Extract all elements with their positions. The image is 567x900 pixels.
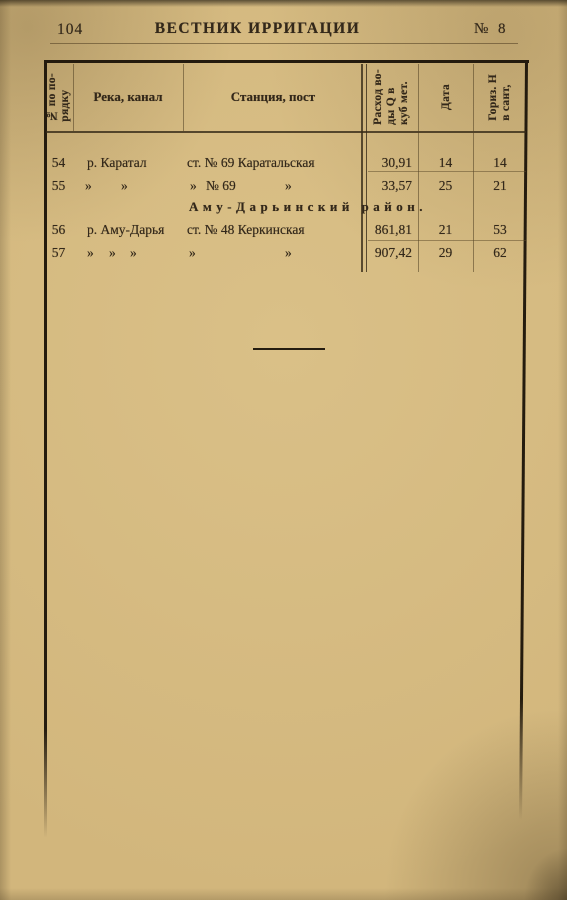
level-value: 14 (473, 155, 527, 170)
column-header-level-line2: в сант, (500, 74, 513, 121)
ditto-mark: » (109, 245, 116, 260)
level-value: 21 (473, 178, 527, 193)
ditto-mark: » (121, 178, 128, 193)
date-value: 21 (418, 222, 473, 237)
page-number: 104 (57, 21, 83, 39)
station-name: ст. № 48 Керкинская (187, 222, 305, 237)
row-number: 55 (44, 178, 73, 193)
column-header-discharge: Расход во- ды Q в куб мет. (364, 63, 418, 131)
ditto-mark: » (189, 245, 196, 260)
station-name: ст. № 69 Каратальская (187, 155, 315, 170)
row-number: 54 (44, 155, 73, 170)
end-of-table-divider (253, 348, 325, 350)
column-header-index-line2: рядку (59, 73, 72, 122)
column-header-level-line1: Гориз. Н (487, 74, 500, 121)
level-value: 53 (473, 222, 527, 237)
table-border-left (44, 60, 47, 838)
level-value: 62 (473, 245, 527, 260)
row-separator (368, 240, 526, 241)
row-number: 56 (44, 222, 73, 237)
date-value: 29 (418, 245, 473, 260)
date-value: 25 (418, 178, 473, 193)
row-number: 57 (44, 245, 73, 260)
column-header-date: Дата (419, 63, 473, 131)
ditto-mark: » (87, 245, 94, 260)
header-rule (50, 43, 518, 44)
discharge-value: 861,81 (356, 222, 412, 237)
ditto-mark: » (85, 178, 92, 193)
column-header-level: Гориз. Н в сант, (474, 63, 526, 131)
table-border-right (519, 62, 528, 820)
row-separator (368, 171, 526, 172)
issue-number: № 8 (474, 21, 509, 38)
scan-corner-shadow (497, 815, 567, 900)
column-header-discharge-line1: Расход во- (372, 69, 385, 125)
column-header-index: № по по- рядку (45, 63, 73, 131)
column-header-river: Река, канал (73, 89, 183, 105)
column-header-discharge-line3: куб мет. (398, 69, 411, 125)
discharge-value: 30,91 (356, 155, 412, 170)
column-header-date-label: Дата (440, 84, 453, 110)
discharge-value: 907,42 (356, 245, 412, 260)
river-name: р. Каратал (87, 155, 147, 170)
column-header-station: Станция, пост (183, 89, 363, 105)
ditto-mark: » (130, 245, 137, 260)
station-number: № 69 (206, 178, 236, 193)
column-header-index-line1: № по по- (46, 73, 59, 122)
scanned-page: 104 ВЕСТНИК ИРРИГАЦИИ № 8 № по по- рядку… (0, 0, 567, 900)
section-heading: Аму-Дарьинский район. (182, 199, 434, 215)
column-header-discharge-line2: ды Q в (385, 69, 398, 125)
ditto-mark: » (285, 245, 292, 260)
ditto-mark: » (190, 178, 197, 193)
journal-title: ВЕСТНИК ИРРИГАЦИИ (140, 20, 375, 38)
header-underline-rule (46, 131, 526, 133)
ditto-mark: » (285, 178, 292, 193)
date-value: 14 (418, 155, 473, 170)
discharge-value: 33,57 (356, 178, 412, 193)
river-name: р. Аму-Дарья (87, 222, 164, 237)
